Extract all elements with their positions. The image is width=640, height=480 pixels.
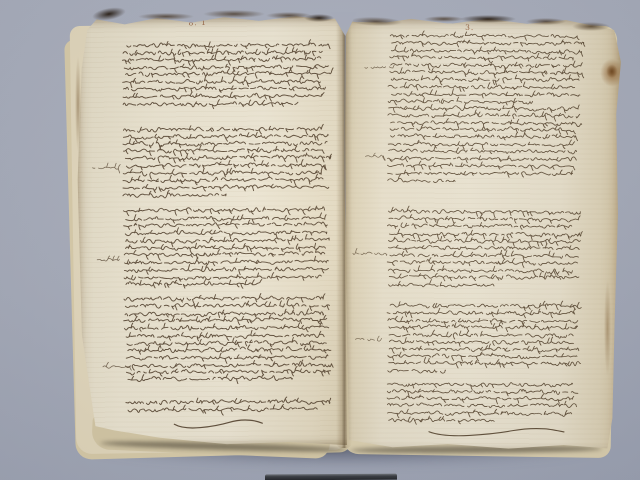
dark-object-bottom-edge	[265, 474, 397, 480]
manuscript-right-page: 3.	[343, 17, 621, 452]
handwriting-text-left	[77, 15, 348, 447]
manuscript-left-page: 8. 1	[77, 15, 348, 447]
book-spine-gutter	[336, 16, 352, 448]
soiled-edge-mark	[91, 5, 127, 23]
soiled-edge-mark	[460, 15, 516, 23]
soiled-edge-mark	[203, 10, 265, 18]
brown-stain-core	[605, 63, 619, 80]
soiled-edge-mark	[526, 18, 566, 25]
handwriting-text-right	[343, 17, 621, 452]
soiled-edge-mark	[424, 16, 464, 22]
soiled-edge-mark	[138, 13, 194, 20]
photo-of-open-manuscript: 8. 1 3.	[0, 0, 640, 480]
soiled-edge-mark	[350, 16, 402, 27]
soiled-edge-mark	[572, 22, 610, 31]
fore-edge-browning	[604, 280, 611, 376]
folio-number-right: 3.	[465, 23, 474, 32]
fore-edge-browning	[75, 56, 81, 152]
soiled-edge-mark	[304, 14, 334, 22]
